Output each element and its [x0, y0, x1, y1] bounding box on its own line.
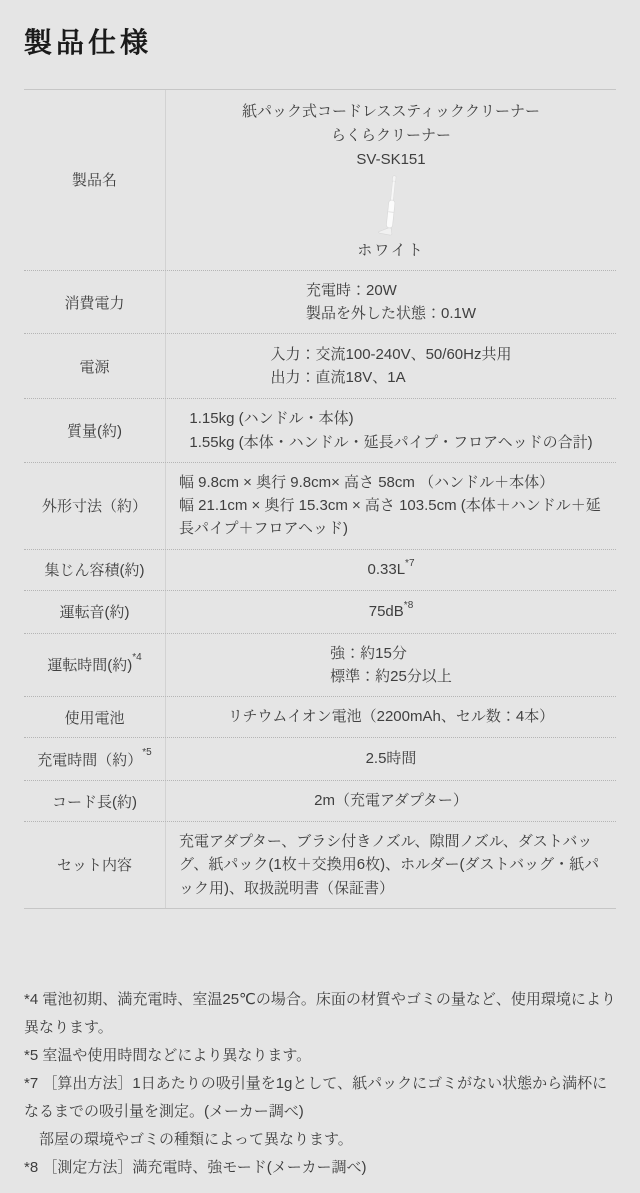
footnote-marker: *8 [404, 600, 413, 611]
spec-value: 75dB*8 [166, 591, 616, 633]
spec-value: 充電時：20W 製品を外した状態：0.1W [166, 271, 616, 334]
table-row-dimensions: 外形寸法（約） 幅 9.8cm × 奥行 9.8cm× 高さ 58cm （ハンド… [24, 462, 616, 549]
page-title: 製品仕様 [24, 26, 616, 60]
spec-value-text: 0.33L [368, 561, 406, 578]
spec-value-line: 幅 21.1cm × 奥行 15.3cm × 高さ 103.5cm (本体＋ハン… [179, 494, 603, 541]
footnotes-block: *4 電池初期、満充電時、室温25℃の場合。床面の材質やゴミの量など、使用環境に… [24, 986, 616, 1182]
spec-value: 強：約15分 標準：約25分以上 [166, 634, 616, 697]
stick-vacuum-image [369, 174, 413, 238]
spec-value-line: 幅 9.8cm × 奥行 9.8cm× 高さ 58cm （ハンドル＋本体） [179, 471, 603, 494]
footnote-marker: *7 [405, 558, 414, 569]
spec-value: 1.15kg (ハンドル・本体) 1.55kg (本体・ハンドル・延長パイプ・フ… [166, 399, 616, 462]
spec-label: 質量(約) [24, 399, 166, 462]
product-color-label: ホワイト [357, 239, 425, 262]
spec-value-text: 75dB [369, 603, 404, 620]
spec-label: 充電時間（約）*5 [24, 738, 166, 780]
spec-value: 2m（充電アダプター） [166, 781, 616, 821]
footnote: *7 ［算出方法］1日あたりの吸引量を1gとして、紙パックにゴミがない状態から満… [24, 1070, 616, 1126]
table-row-noise-level: 運転音(約) 75dB*8 [24, 590, 616, 633]
spec-value-text: 2m（充電アダプター） [314, 789, 468, 812]
spec-value-product: 紙パック式コードレススティッククリーナー らくらクリーナー SV-SK151 [166, 90, 616, 270]
footnote: *4 電池初期、満充電時、室温25℃の場合。床面の材質やゴミの量など、使用環境に… [24, 986, 616, 1042]
spec-value-line: 製品を外した状態：0.1W [306, 302, 476, 325]
footnote: 部屋の環境やゴミの種類によって異なります。 [24, 1126, 616, 1154]
footnote: *5 室温や使用時間などにより異なります。 [24, 1042, 616, 1070]
spec-value: 入力：交流100-240V、50/60Hz共用 出力：直流18V、1A [166, 334, 616, 398]
footnote-marker: *4 [132, 652, 141, 663]
table-row-power-consumption: 消費電力 充電時：20W 製品を外した状態：0.1W [24, 270, 616, 334]
table-row-run-time: 運転時間(約)*4 強：約15分 標準：約25分以上 [24, 633, 616, 697]
footnote-marker: *5 [142, 747, 151, 758]
spec-value: 充電アダプター、ブラシ付きノズル、隙間ノズル、ダストバッグ、紙パック(1枚＋交換… [166, 822, 616, 908]
table-row-dust-capacity: 集じん容積(約) 0.33L*7 [24, 549, 616, 590]
spec-value: 2.5時間 [166, 738, 616, 780]
spec-value-line: 標準：約25分以上 [330, 665, 452, 688]
product-model-number: SV-SK151 [242, 148, 540, 172]
spec-value-text: リチウムイオン電池（2200mAh、セル数：4本） [228, 705, 554, 728]
spec-label: 外形寸法（約） [24, 463, 166, 549]
spec-value: リチウムイオン電池（2200mAh、セル数：4本） [166, 697, 616, 737]
spec-label: 製品名 [24, 90, 166, 270]
table-row-product-name: 製品名 紙パック式コードレススティッククリーナー らくらクリーナー SV-SK1… [24, 90, 616, 270]
spec-value-text: 2.5時間 [366, 747, 417, 770]
product-name-block: 紙パック式コードレススティッククリーナー らくらクリーナー SV-SK151 [242, 100, 540, 172]
spec-value-line: 1.15kg (ハンドル・本体) [189, 407, 592, 430]
spec-label: 電源 [24, 334, 166, 398]
footnote: *8 ［測定方法］満充電時、強モード(メーカー調べ) [24, 1154, 616, 1182]
spec-table: 製品名 紙パック式コードレススティッククリーナー らくらクリーナー SV-SK1… [24, 89, 616, 909]
spec-value-line: 入力：交流100-240V、50/60Hz共用 [271, 343, 512, 366]
product-image-wrap [369, 174, 413, 238]
spec-label: 使用電池 [24, 697, 166, 737]
spec-label: 運転時間(約)*4 [24, 634, 166, 697]
spec-label: コード長(約) [24, 781, 166, 821]
spec-value-line: 充電アダプター、ブラシ付きノズル、隙間ノズル、ダストバッグ、紙パック(1枚＋交換… [179, 830, 603, 900]
table-row-power-source: 電源 入力：交流100-240V、50/60Hz共用 出力：直流18V、1A [24, 333, 616, 398]
table-row-cord-length: コード長(約) 2m（充電アダプター） [24, 780, 616, 821]
spec-page: 製品仕様 製品名 紙パック式コードレススティッククリーナー らくらクリーナー S… [0, 0, 640, 1182]
table-row-charge-time: 充電時間（約）*5 2.5時間 [24, 737, 616, 780]
spec-label: 運転音(約) [24, 591, 166, 633]
spec-label: セット内容 [24, 822, 166, 908]
spec-value-line: 充電時：20W [306, 279, 476, 302]
spec-label: 消費電力 [24, 271, 166, 334]
table-row-set-contents: セット内容 充電アダプター、ブラシ付きノズル、隙間ノズル、ダストバッグ、紙パック… [24, 821, 616, 908]
spec-value-line: 1.55kg (本体・ハンドル・延長パイプ・フロアヘッドの合計) [189, 431, 592, 454]
product-series-name: 紙パック式コードレススティッククリーナー [242, 100, 540, 124]
table-row-weight: 質量(約) 1.15kg (ハンドル・本体) 1.55kg (本体・ハンドル・延… [24, 398, 616, 462]
table-row-battery: 使用電池 リチウムイオン電池（2200mAh、セル数：4本） [24, 696, 616, 737]
product-nickname: らくらクリーナー [242, 124, 540, 148]
spec-value-line: 強：約15分 [330, 642, 452, 665]
spec-value: 0.33L*7 [166, 550, 616, 590]
spec-value-line: 出力：直流18V、1A [271, 366, 512, 389]
spec-value: 幅 9.8cm × 奥行 9.8cm× 高さ 58cm （ハンドル＋本体） 幅 … [166, 463, 616, 549]
spec-label: 集じん容積(約) [24, 550, 166, 590]
